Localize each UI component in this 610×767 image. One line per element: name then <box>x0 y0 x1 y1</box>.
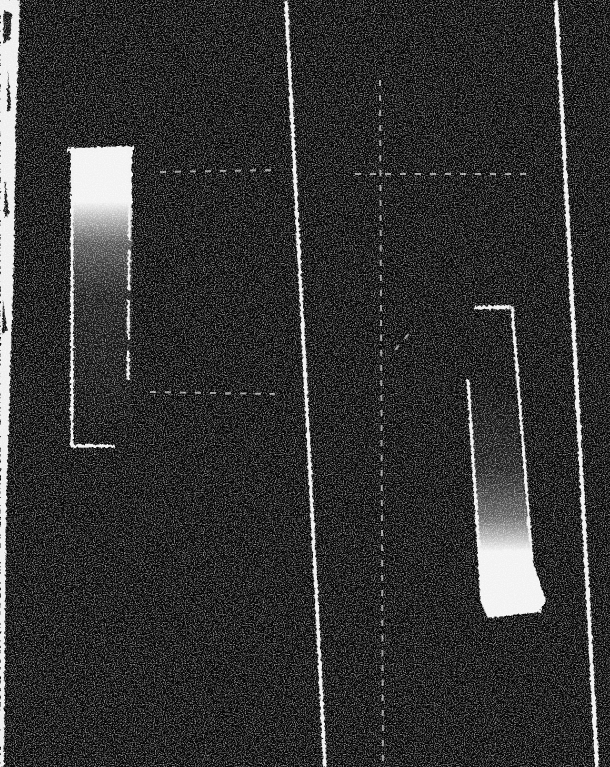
rubbing-canvas <box>0 0 610 767</box>
ink-rubbing-image <box>0 0 610 767</box>
speckle-texture <box>0 0 610 767</box>
